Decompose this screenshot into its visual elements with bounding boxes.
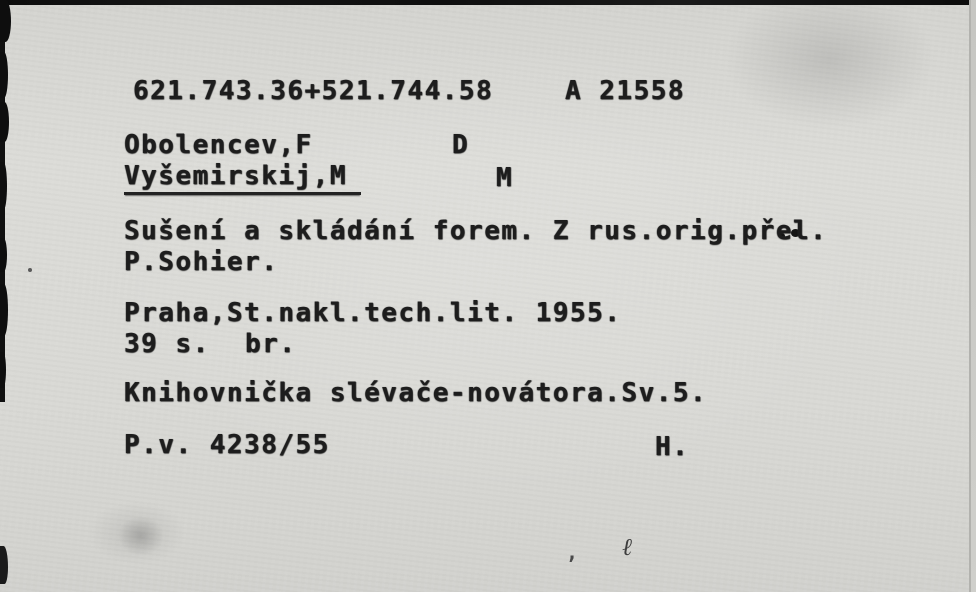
scan-artifact-left-blob [0, 352, 6, 388]
binding-note: br. [245, 329, 296, 359]
scan-artifact-left-blob [0, 238, 7, 272]
series-statement: Knihovnička slévače-novátora.Sv.5. [124, 378, 707, 408]
classification-number: 621.743.36+521.744.58 [133, 76, 493, 106]
translator-line: P.Sohier. [124, 247, 278, 277]
pen-mark: ℓ [622, 533, 632, 562]
accession-number: A 21558 [565, 76, 685, 106]
paper-smudge [118, 516, 164, 556]
record-number: P.v. 4238/55 [124, 430, 330, 460]
scan-artifact-left-blob [0, 0, 11, 42]
scan-artifact-left-blob [0, 52, 8, 98]
catalog-card-scan: { "card": { "classification": "621.743.3… [0, 0, 976, 592]
author-code: M [496, 163, 513, 193]
scan-artifact-right-edge [971, 0, 976, 592]
collation: 39 s. [124, 329, 210, 359]
imprint-line: Praha,St.nakl.tech.lit. 1955. [124, 298, 621, 328]
holdings-mark: H. [655, 432, 689, 462]
author-name-underlined: Vyšemirskij,M [124, 161, 361, 195]
author-name: Obolencev,F [124, 130, 313, 160]
scan-artifact-bottom-left-corner [0, 546, 8, 584]
scan-artifact-left-blob [0, 162, 7, 210]
author-code: D [452, 130, 469, 160]
scan-artifact-left-blob [0, 102, 9, 142]
title-line: Sušení a skládání forem. Z rus.orig.přel… [124, 216, 827, 246]
scan-artifact-right-seam [969, 0, 971, 592]
pen-mark: , [566, 540, 578, 564]
scan-artifact-top-edge [0, 0, 976, 5]
ink-speck [28, 268, 32, 272]
scan-artifact-left-blob [0, 284, 8, 336]
